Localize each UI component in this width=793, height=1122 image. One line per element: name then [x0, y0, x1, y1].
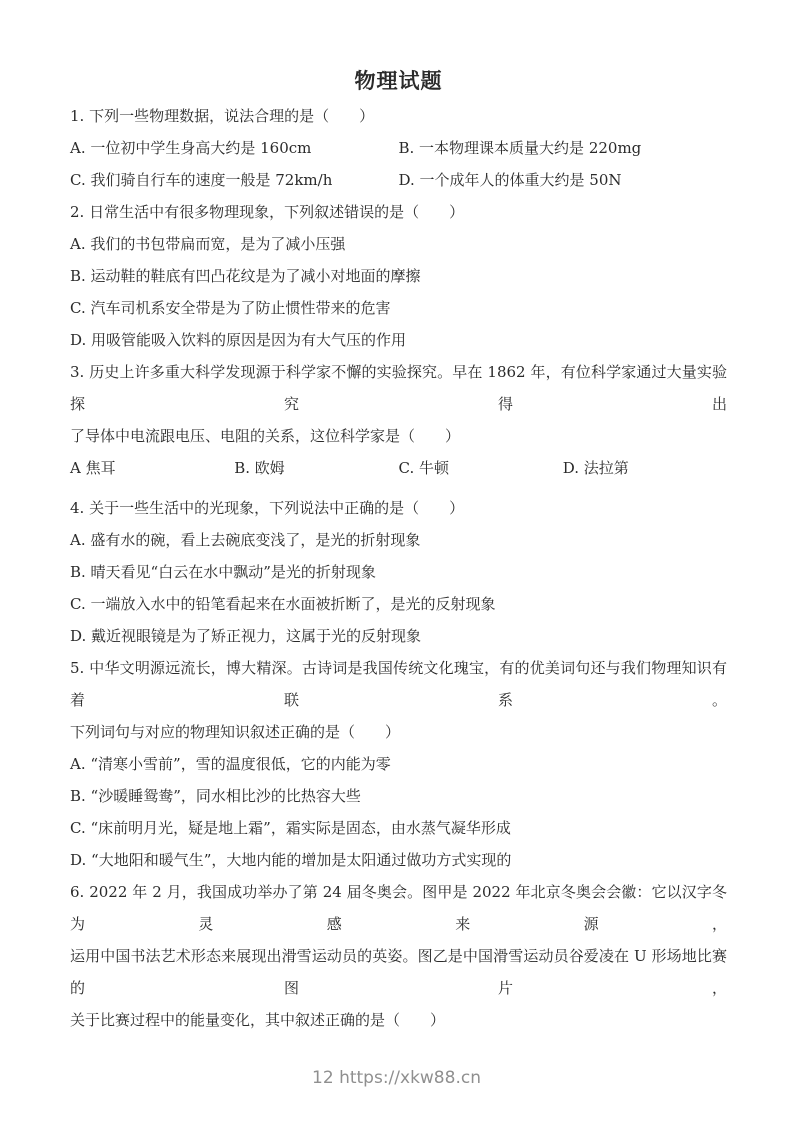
- question-2: 2. 日常生活中有很多物理现象，下列叙述错误的是（ ） A. 我们的书包带扁而宽…: [70, 196, 727, 356]
- question-4-options: A. 盛有水的碗，看上去碗底变浅了，是光的折射现象 B. 晴天看见“白云在水中飘…: [70, 524, 727, 652]
- page-footer: 12 https://xkw88.cn: [0, 1068, 793, 1088]
- question-1: 1. 下列一些物理数据，说法合理的是（ ） A. 一位初中学生身高大约是 160…: [70, 100, 727, 196]
- question-3-stem-line-2: 了导体中电流跟电压、电阻的关系，这位科学家是（ ）: [70, 420, 727, 452]
- question-1-stem: 1. 下列一些物理数据，说法合理的是（ ）: [70, 100, 727, 132]
- question-1-option-c: C. 我们骑自行车的速度一般是 72km/h: [70, 164, 399, 196]
- question-5: 5. 中华文明源远流长，博大精深。古诗词是我国传统文化瑰宝，有的优美词句还与我们…: [70, 652, 727, 876]
- question-5-option-a: A. “清寒小雪前”，雪的温度很低，它的内能为零: [70, 748, 727, 780]
- question-1-option-d: D. 一个成年人的体重大约是 50N: [399, 164, 728, 196]
- page-title: 物理试题: [70, 68, 727, 94]
- question-4-option-b: B. 晴天看见“白云在水中飘动”是光的折射现象: [70, 556, 727, 588]
- question-4-option-c: C. 一端放入水中的铅笔看起来在水面被折断了，是光的反射现象: [70, 588, 727, 620]
- question-4-option-d: D. 戴近视眼镜是为了矫正视力，这属于光的反射现象: [70, 620, 727, 652]
- question-2-option-a: A. 我们的书包带扁而宽，是为了减小压强: [70, 228, 727, 260]
- exam-page: 物理试题 1. 下列一些物理数据，说法合理的是（ ） A. 一位初中学生身高大约…: [0, 0, 793, 1122]
- question-3-option-c: C. 牛顿: [399, 452, 563, 484]
- question-2-stem: 2. 日常生活中有很多物理现象，下列叙述错误的是（ ）: [70, 196, 727, 228]
- question-3-option-b: B. 欧姆: [234, 452, 398, 484]
- question-1-option-b: B. 一本物理课本质量大约是 220mg: [399, 132, 728, 164]
- question-5-stem-line-2: 下列词句与对应的物理知识叙述正确的是（ ）: [70, 716, 727, 748]
- question-5-option-d: D. “大地阳和暖气生”，大地内能的增加是太阳通过做功方式实现的: [70, 844, 727, 876]
- question-6-stem-line-3: 关于比赛过程中的能量变化，其中叙述正确的是（ ）: [70, 1004, 727, 1036]
- question-3-option-d: D. 法拉第: [563, 452, 727, 484]
- question-2-option-d: D. 用吸管能吸入饮料的原因是因为有大气压的作用: [70, 324, 727, 356]
- question-3: 3. 历史上许多重大科学发现源于科学家不懈的实验探究。早在 1862 年，有位科…: [70, 356, 727, 484]
- question-5-options: A. “清寒小雪前”，雪的温度很低，它的内能为零 B. “沙暖睡鸳鸯”，同水相比…: [70, 748, 727, 876]
- question-4-option-a: A. 盛有水的碗，看上去碗底变浅了，是光的折射现象: [70, 524, 727, 556]
- question-1-options: A. 一位初中学生身高大约是 160cm B. 一本物理课本质量大约是 220m…: [70, 132, 727, 196]
- question-4: 4. 关于一些生活中的光现象，下列说法中正确的是（ ） A. 盛有水的碗，看上去…: [70, 492, 727, 652]
- question-6: 6. 2022 年 2 月，我国成功举办了第 24 届冬奥会。图甲是 2022 …: [70, 876, 727, 1036]
- question-4-stem: 4. 关于一些生活中的光现象，下列说法中正确的是（ ）: [70, 492, 727, 524]
- question-3-options: A 焦耳 B. 欧姆 C. 牛顿 D. 法拉第: [70, 452, 727, 484]
- question-2-option-c: C. 汽车司机系安全带是为了防止惯性带来的危害: [70, 292, 727, 324]
- question-5-stem-line-1: 5. 中华文明源远流长，博大精深。古诗词是我国传统文化瑰宝，有的优美词句还与我们…: [70, 652, 727, 716]
- question-6-stem-line-2: 运用中国书法艺术形态来展现出滑雪运动员的英姿。图乙是中国滑雪运动员谷爱凌在 U …: [70, 940, 727, 1004]
- question-2-option-b: B. 运动鞋的鞋底有凹凸花纹是为了减小对地面的摩擦: [70, 260, 727, 292]
- question-3-stem-line-1: 3. 历史上许多重大科学发现源于科学家不懈的实验探究。早在 1862 年，有位科…: [70, 356, 727, 420]
- question-5-option-b: B. “沙暖睡鸳鸯”，同水相比沙的比热容大些: [70, 780, 727, 812]
- question-3-option-a: A 焦耳: [70, 452, 234, 484]
- question-2-options: A. 我们的书包带扁而宽，是为了减小压强 B. 运动鞋的鞋底有凹凸花纹是为了减小…: [70, 228, 727, 356]
- question-5-option-c: C. “床前明月光，疑是地上霜”，霜实际是固态，由水蒸气凝华形成: [70, 812, 727, 844]
- question-1-option-a: A. 一位初中学生身高大约是 160cm: [70, 132, 399, 164]
- question-6-stem-line-1: 6. 2022 年 2 月，我国成功举办了第 24 届冬奥会。图甲是 2022 …: [70, 876, 727, 940]
